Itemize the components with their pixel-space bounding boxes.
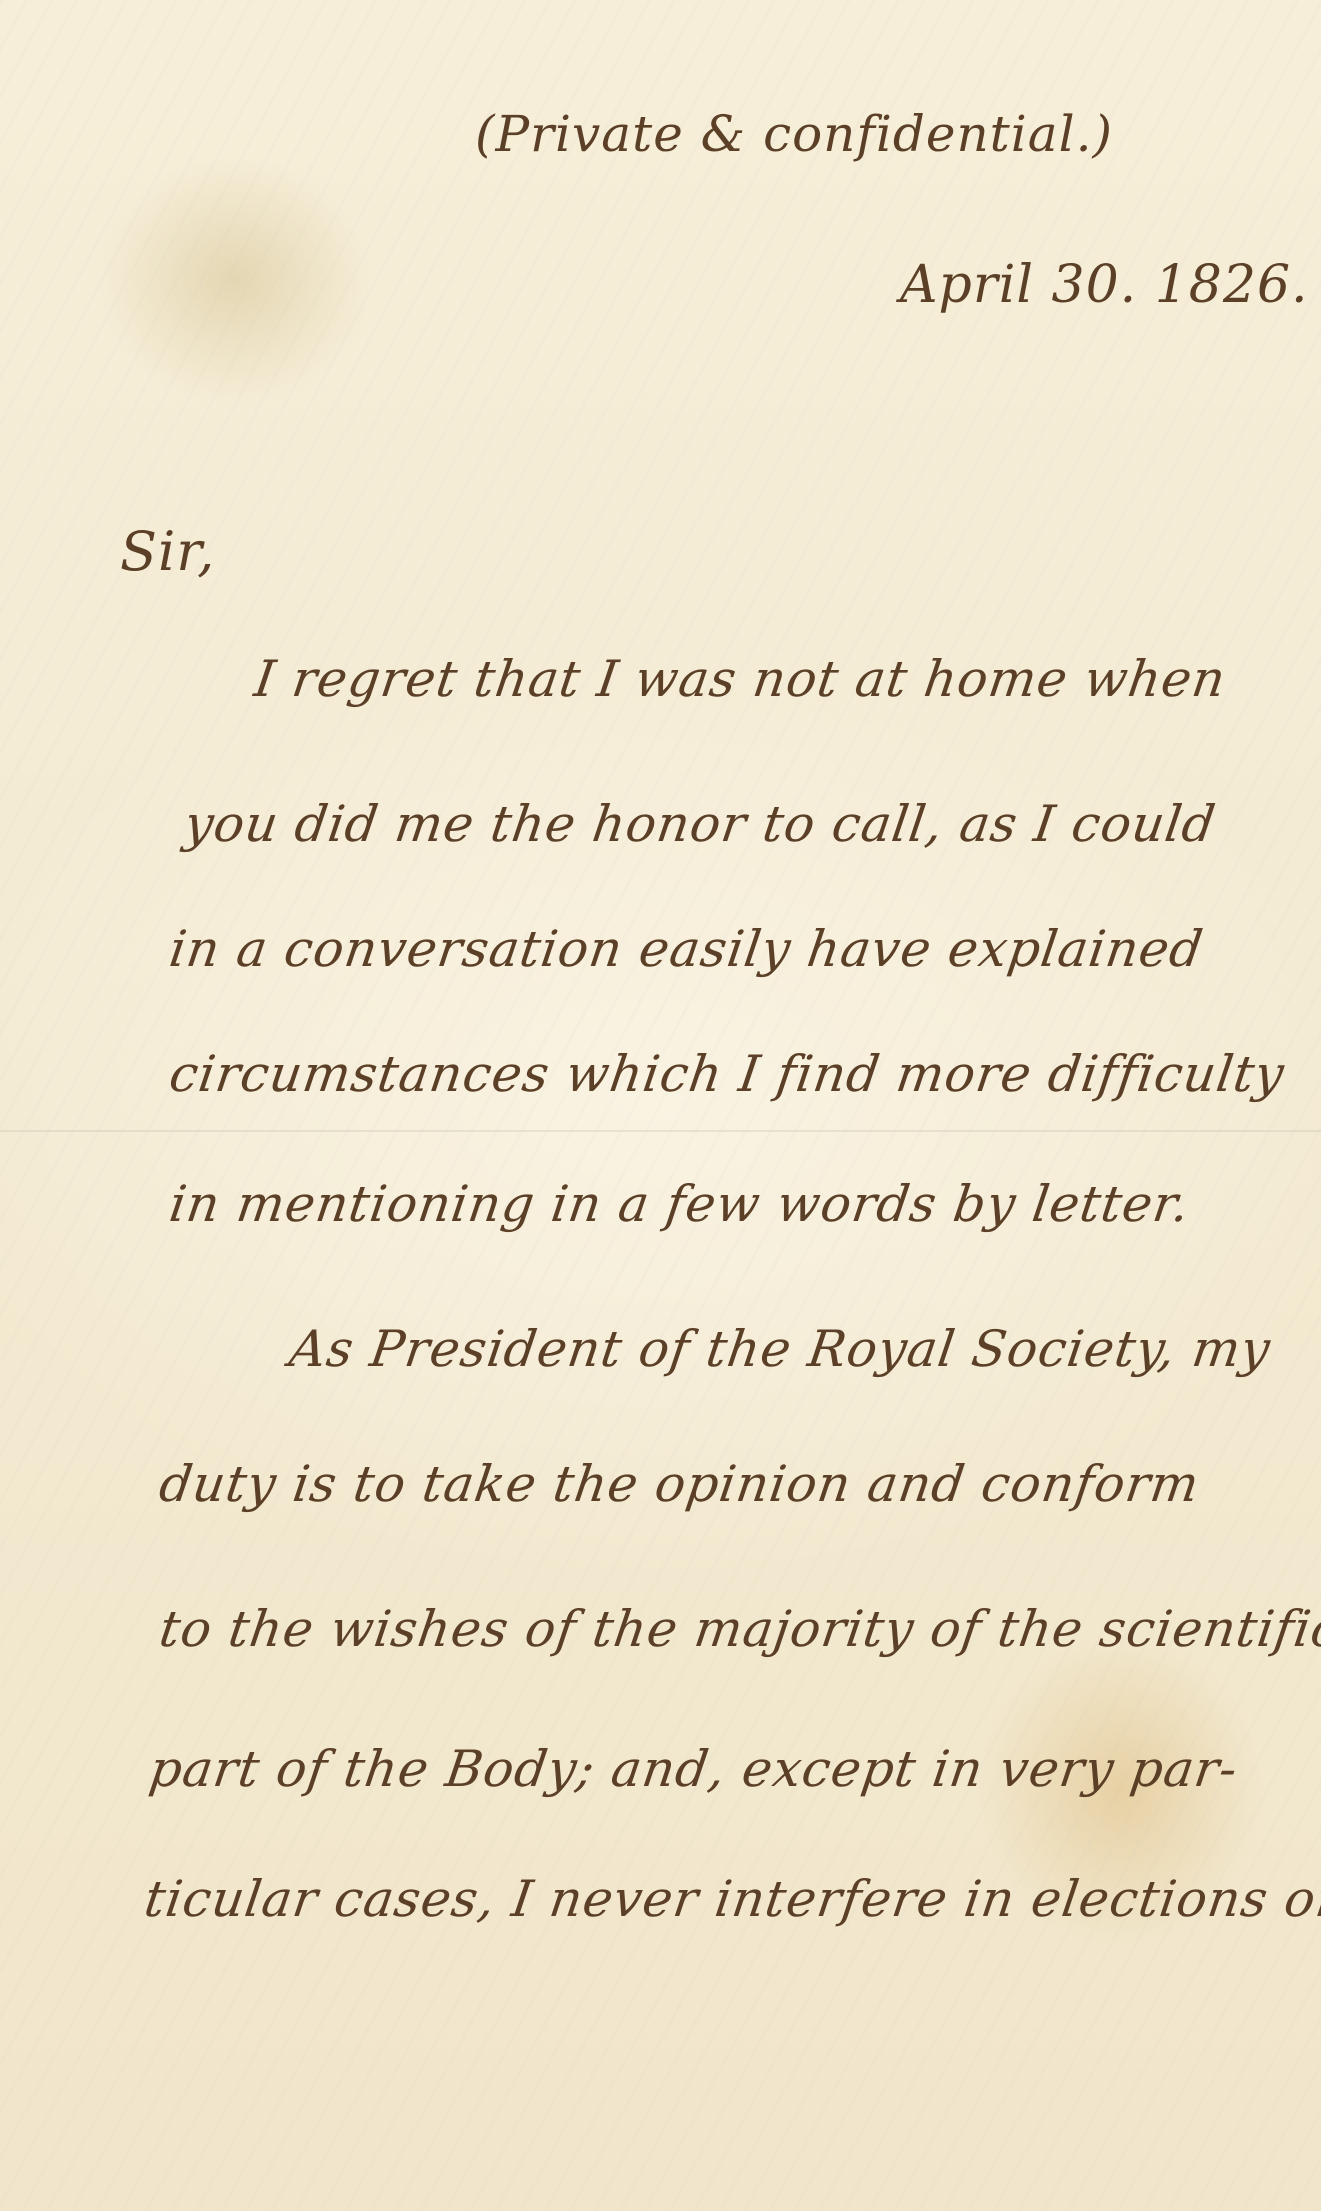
text-line: in mentioning in a few words by letter. bbox=[166, 1175, 1194, 1233]
text-line: in a conversation easily have explained bbox=[166, 920, 1207, 978]
text-line: circumstances which I find more difficul… bbox=[166, 1045, 1288, 1103]
letter-page: (Private & confidential.) April 30. 1826… bbox=[0, 0, 1321, 2211]
private-confidential-note: (Private & confidential.) bbox=[475, 105, 1113, 163]
paper-fold-line bbox=[0, 1130, 1321, 1132]
text-line: to the wishes of the majority of the sci… bbox=[156, 1600, 1321, 1658]
text-line: ticular cases, I never interfere in elec… bbox=[141, 1870, 1321, 1928]
salutation: Sir, bbox=[120, 520, 215, 583]
letter-date: April 30. 1826. bbox=[900, 255, 1309, 315]
text-line: you did me the honor to call, as I could bbox=[181, 795, 1220, 853]
text-line: I regret that I was not at home when bbox=[251, 650, 1230, 708]
text-line: duty is to take the opinion and conform bbox=[156, 1455, 1203, 1513]
text-line: part of the Body; and, except in very pa… bbox=[146, 1740, 1242, 1798]
text-line: As President of the Royal Society, my bbox=[286, 1320, 1274, 1378]
